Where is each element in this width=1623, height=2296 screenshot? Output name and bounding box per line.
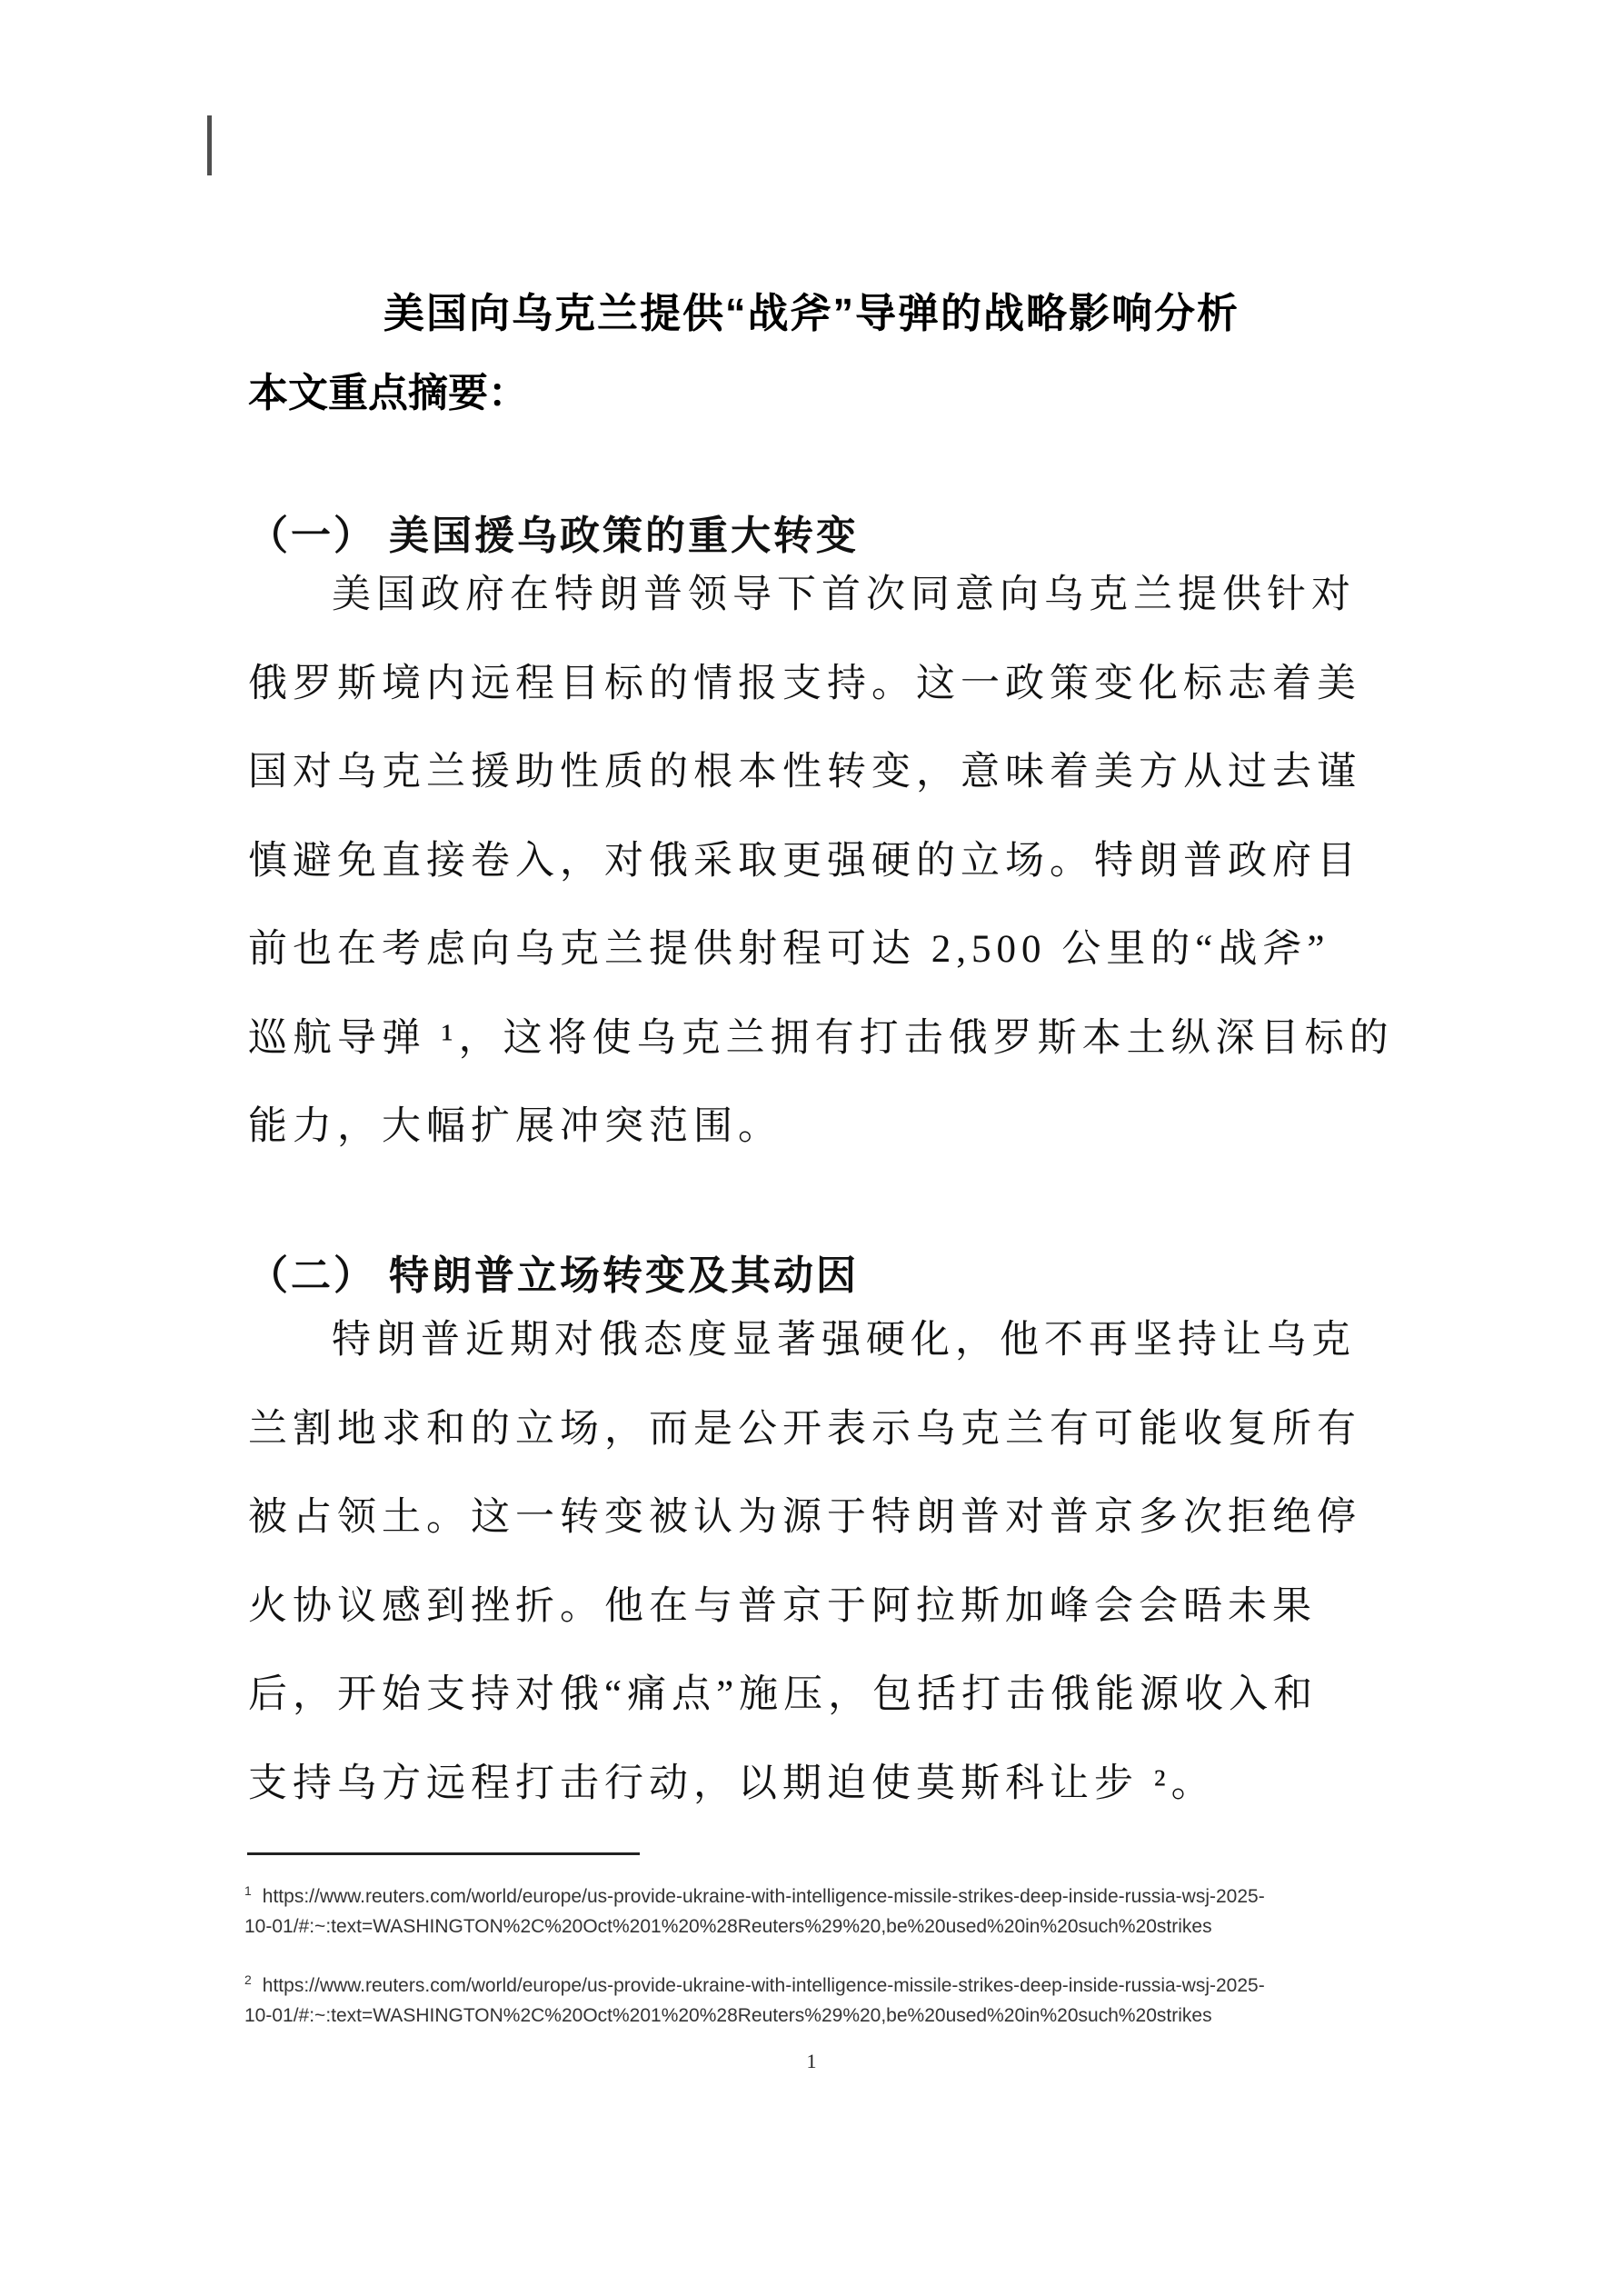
text-line: 被占领土。这一转变被认为源于特朗普对普京多次拒绝停 bbox=[248, 1473, 1429, 1562]
text-cursor-mark bbox=[207, 115, 212, 175]
text-line: 俄罗斯境内远程目标的情报支持。这一政策变化标志着美 bbox=[248, 640, 1429, 729]
section-2-heading: （二） 特朗普立场转变及其动因 bbox=[248, 1243, 859, 1301]
footnote-line: 2https://www.reuters.com/world/europe/us… bbox=[244, 1962, 1444, 1998]
text-line: 后，开始支持对俄“痛点”施压，包括打击俄能源收入和 bbox=[248, 1651, 1429, 1740]
footnote-line: 1https://www.reuters.com/world/europe/us… bbox=[244, 1872, 1444, 1909]
footnote-2: 2https://www.reuters.com/world/europe/us… bbox=[244, 1962, 1444, 2034]
summary-heading: 本文重点摘要： bbox=[248, 360, 528, 418]
text-line: 兰割地求和的立场，而是公开表示乌克兰有可能收复所有 bbox=[248, 1385, 1429, 1474]
footnote-2-url-line-1: https://www.reuters.com/world/europe/us-… bbox=[263, 1975, 1265, 1996]
footnote-1-url-line-2: 10-01/#:~:text=WASHINGTON%2C%20Oct%201%2… bbox=[244, 1909, 1444, 1945]
footnote-1-marker: 1 bbox=[244, 1883, 252, 1898]
text-line: 国对乌克兰援助性质的根本性转变，意味着美方从过去谨 bbox=[248, 728, 1429, 817]
document-title: 美国向乌克兰提供“战斧”导弹的战略影响分析 bbox=[0, 280, 1623, 339]
text-line: 火协议感到挫折。他在与普京于阿拉斯加峰会会晤未果 bbox=[248, 1562, 1429, 1652]
footnote-1: 1https://www.reuters.com/world/europe/us… bbox=[244, 1872, 1444, 1945]
footnote-2-url-line-2: 10-01/#:~:text=WASHINGTON%2C%20Oct%201%2… bbox=[244, 1998, 1444, 2034]
page-number: 1 bbox=[0, 2048, 1623, 2075]
word-document-page: 美国向乌克兰提供“战斧”导弹的战略影响分析 本文重点摘要： （一） 美国援乌政策… bbox=[0, 0, 1623, 2296]
text-line: 前也在考虑向乌克兰提供射程可达 2,500 公里的“战斧” bbox=[248, 905, 1429, 994]
text-line: 巡航导弹 ¹，这将使乌克兰拥有打击俄罗斯本土纵深目标的 bbox=[248, 994, 1429, 1083]
footnote-2-marker: 2 bbox=[244, 1972, 252, 1987]
text-line: 能力，大幅扩展冲突范围。 bbox=[248, 1083, 1429, 1172]
text-line: 美国政府在特朗普领导下首次同意向乌克兰提供针对 bbox=[248, 551, 1429, 640]
section-1-paragraph: 美国政府在特朗普领导下首次同意向乌克兰提供针对俄罗斯境内远程目标的情报支持。这一… bbox=[248, 551, 1429, 1172]
text-line: 特朗普近期对俄态度显著强硬化，他不再坚持让乌克 bbox=[248, 1296, 1429, 1385]
section-2-paragraph: 特朗普近期对俄态度显著强硬化，他不再坚持让乌克兰割地求和的立场，而是公开表示乌克… bbox=[248, 1296, 1429, 1828]
text-line: 支持乌方远程打击行动，以期迫使莫斯科让步 ²。 bbox=[248, 1740, 1429, 1829]
text-line: 慎避免直接卷入，对俄采取更强硬的立场。特朗普政府目 bbox=[248, 817, 1429, 906]
footnote-separator-line bbox=[247, 1852, 640, 1855]
footnote-1-url-line-1: https://www.reuters.com/world/europe/us-… bbox=[263, 1886, 1265, 1907]
